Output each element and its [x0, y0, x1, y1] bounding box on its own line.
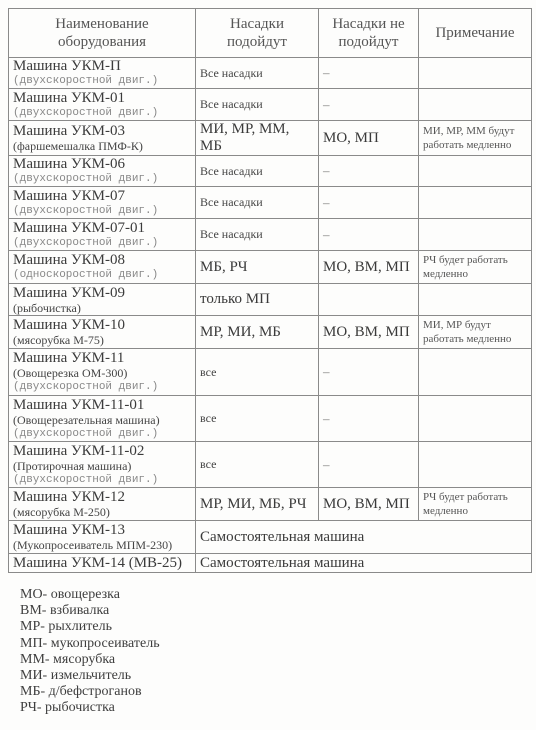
not-fit-attachments-cell: –	[319, 187, 419, 219]
equipment-name-cell: Машина УКМ-01(двухскоростной двиг.)	[9, 89, 196, 121]
fit-attachments-cell: Все насадки	[196, 219, 319, 251]
note-cell	[419, 156, 532, 187]
equipment-name-cell: Машина УКМ-09(рыбочистка)	[9, 284, 196, 316]
equipment-compatibility-table: Наименование оборудования Насадки подойд…	[8, 8, 532, 573]
note-cell: РЧ будет работать медленно	[419, 251, 532, 284]
motor-type: (двухскоростной двиг.)	[13, 427, 191, 441]
equipment-name-cell: Машина УКМ-13(Мукопросеиватель МПМ-230)	[9, 521, 196, 554]
not-fit-attachments-cell	[319, 284, 419, 316]
motor-type: (двухскоростной двиг.)	[13, 473, 191, 487]
equipment-name-cell: Машина УКМ-12(мясорубка М-250)	[9, 488, 196, 521]
header-note: Примечание	[419, 9, 532, 58]
equipment-description: (Овощерезательная машина)	[13, 413, 191, 427]
table-row: Машина УКМ-03(фаршемешалка ПМФ-К)МИ, МР,…	[9, 121, 532, 156]
not-fit-attachments-cell: –	[319, 442, 419, 488]
header-fit: Насадки подойдут	[196, 9, 319, 58]
table-row: Машина УКМ-П(двухскоростной двиг.)Все на…	[9, 58, 532, 89]
equipment-name-cell: Машина УКМ-08(односкоростной двиг.)	[9, 251, 196, 284]
not-fit-attachments-cell: –	[319, 156, 419, 187]
equipment-name: Машина УКМ-06	[13, 156, 191, 172]
not-fit-attachments-cell: МО, МП	[319, 121, 419, 156]
motor-type: (двухскоростной двиг.)	[13, 74, 191, 88]
table-row: Машина УКМ-09(рыбочистка)только МП	[9, 284, 532, 316]
note-cell: МИ, МР, ММ будут работать медленно	[419, 121, 532, 156]
equipment-name-cell: Машина УКМ-14 (МВ-25)	[9, 554, 196, 573]
legend-item: МП- мукопросеиватель	[20, 636, 160, 652]
equipment-description: (фаршемешалка ПМФ-К)	[13, 139, 191, 153]
motor-type: (двухскоростной двиг.)	[13, 204, 191, 218]
fit-attachments-cell: только МП	[196, 284, 319, 316]
equipment-name-cell: Машина УКМ-07(двухскоростной двиг.)	[9, 187, 196, 219]
equipment-name: Машина УКМ-11	[13, 350, 191, 366]
equipment-description: (Мукопросеиватель МПМ-230)	[13, 538, 191, 552]
equipment-name: Машина УКМ-08	[13, 252, 191, 268]
equipment-description: (мясорубка М-75)	[13, 333, 191, 347]
equipment-name: Машина УКМ-03	[13, 123, 191, 139]
equipment-name-cell: Машина УКМ-10(мясорубка М-75)	[9, 316, 196, 349]
standalone-cell: Самостоятельная машина	[196, 554, 532, 573]
legend-item: РЧ- рыбочистка	[20, 700, 160, 716]
fit-attachments-cell: Все насадки	[196, 89, 319, 121]
motor-type: (двухскоростной двиг.)	[13, 236, 191, 250]
equipment-name: Машина УКМ-12	[13, 489, 191, 505]
table-row: Машина УКМ-11-01(Овощерезательная машина…	[9, 396, 532, 442]
motor-type: (двухскоростной двиг.)	[13, 380, 191, 394]
not-fit-attachments-cell: –	[319, 89, 419, 121]
equipment-description: (мясорубка М-250)	[13, 505, 191, 519]
fit-attachments-cell: Все насадки	[196, 58, 319, 89]
legend-item: МИ- измельчитель	[20, 668, 160, 684]
table-row: Машина УКМ-13(Мукопросеиватель МПМ-230)С…	[9, 521, 532, 554]
not-fit-attachments-cell: –	[319, 349, 419, 396]
table-row: Машина УКМ-11-02(Протирочная машина)(дву…	[9, 442, 532, 488]
equipment-name: Машина УКМ-07	[13, 188, 191, 204]
table-row: Машина УКМ-08(односкоростной двиг.)МБ, Р…	[9, 251, 532, 284]
equipment-name: Машина УКМ-07-01	[13, 220, 191, 236]
legend-item: МО- овощерезка	[20, 587, 160, 603]
equipment-name-cell: Машина УКМ-11-02(Протирочная машина)(дву…	[9, 442, 196, 488]
equipment-name-cell: Машина УКМ-03(фаршемешалка ПМФ-К)	[9, 121, 196, 156]
table-row: Машина УКМ-01(двухскоростной двиг.)Все н…	[9, 89, 532, 121]
equipment-name: Машина УКМ-13	[13, 522, 191, 538]
equipment-name-cell: Машина УКМ-11-01(Овощерезательная машина…	[9, 396, 196, 442]
fit-attachments-cell: МР, МИ, МБ	[196, 316, 319, 349]
equipment-name: Машина УКМ-14 (МВ-25)	[13, 555, 191, 571]
fit-attachments-cell: Все насадки	[196, 187, 319, 219]
note-cell	[419, 219, 532, 251]
table-row: Машина УКМ-11(Овощерезка ОМ-300)(двухско…	[9, 349, 532, 396]
equipment-name: Машина УКМ-П	[13, 58, 191, 74]
equipment-description: (Овощерезка ОМ-300)	[13, 366, 191, 380]
note-cell	[419, 284, 532, 316]
equipment-name-cell: Машина УКМ-П(двухскоростной двиг.)	[9, 58, 196, 89]
not-fit-attachments-cell: МО, ВМ, МП	[319, 316, 419, 349]
equipment-name-cell: Машина УКМ-06(двухскоростной двиг.)	[9, 156, 196, 187]
fit-attachments-cell: все	[196, 349, 319, 396]
header-equipment: Наименование оборудования	[9, 9, 196, 58]
table-row: Машина УКМ-06(двухскоростной двиг.)Все н…	[9, 156, 532, 187]
note-cell: РЧ будет работать медленно	[419, 488, 532, 521]
header-not-fit: Насадки не подойдут	[319, 9, 419, 58]
note-cell	[419, 58, 532, 89]
legend-item: ВМ- взбивалка	[20, 603, 160, 619]
legend-item: МБ- д/бефстроганов	[20, 684, 160, 700]
equipment-name-cell: Машина УКМ-07-01(двухскоростной двиг.)	[9, 219, 196, 251]
table-row: Машина УКМ-07(двухскоростной двиг.)Все н…	[9, 187, 532, 219]
note-cell	[419, 396, 532, 442]
equipment-name: Машина УКМ-09	[13, 285, 191, 301]
table-row: Машина УКМ-14 (МВ-25)Самостоятельная маш…	[9, 554, 532, 573]
table-row: Машина УКМ-07-01(двухскоростной двиг.)Вс…	[9, 219, 532, 251]
equipment-name-cell: Машина УКМ-11(Овощерезка ОМ-300)(двухско…	[9, 349, 196, 396]
not-fit-attachments-cell: –	[319, 58, 419, 89]
note-cell	[419, 187, 532, 219]
legend-item: ММ- мясорубка	[20, 652, 160, 668]
not-fit-attachments-cell: МО, ВМ, МП	[319, 251, 419, 284]
equipment-description: (рыбочистка)	[13, 301, 191, 315]
fit-attachments-cell: все	[196, 442, 319, 488]
fit-attachments-cell: МИ, МР, ММ, МБ	[196, 121, 319, 156]
motor-type: (двухскоростной двиг.)	[13, 106, 191, 120]
standalone-cell: Самостоятельная машина	[196, 521, 532, 554]
equipment-description: (Протирочная машина)	[13, 459, 191, 473]
fit-attachments-cell: Все насадки	[196, 156, 319, 187]
equipment-name: Машина УКМ-11-01	[13, 397, 191, 413]
abbreviation-legend: МО- овощерезка ВМ- взбивалка МР- рыхлите…	[20, 587, 160, 717]
equipment-name: Машина УКМ-01	[13, 90, 191, 106]
legend-item: МР- рыхлитель	[20, 619, 160, 635]
not-fit-attachments-cell: МО, ВМ, МП	[319, 488, 419, 521]
table-row: Машина УКМ-10(мясорубка М-75)МР, МИ, МБМ…	[9, 316, 532, 349]
note-cell	[419, 89, 532, 121]
not-fit-attachments-cell: –	[319, 219, 419, 251]
fit-attachments-cell: МР, МИ, МБ, РЧ	[196, 488, 319, 521]
motor-type: (односкоростной двиг.)	[13, 268, 191, 282]
table-row: Машина УКМ-12(мясорубка М-250)МР, МИ, МБ…	[9, 488, 532, 521]
fit-attachments-cell: все	[196, 396, 319, 442]
note-cell	[419, 349, 532, 396]
note-cell: МИ, МР будут работать медленно	[419, 316, 532, 349]
equipment-name: Машина УКМ-11-02	[13, 443, 191, 459]
table-header-row: Наименование оборудования Насадки подойд…	[9, 9, 532, 58]
equipment-name: Машина УКМ-10	[13, 317, 191, 333]
fit-attachments-cell: МБ, РЧ	[196, 251, 319, 284]
motor-type: (двухскоростной двиг.)	[13, 172, 191, 186]
note-cell	[419, 442, 532, 488]
not-fit-attachments-cell: –	[319, 396, 419, 442]
